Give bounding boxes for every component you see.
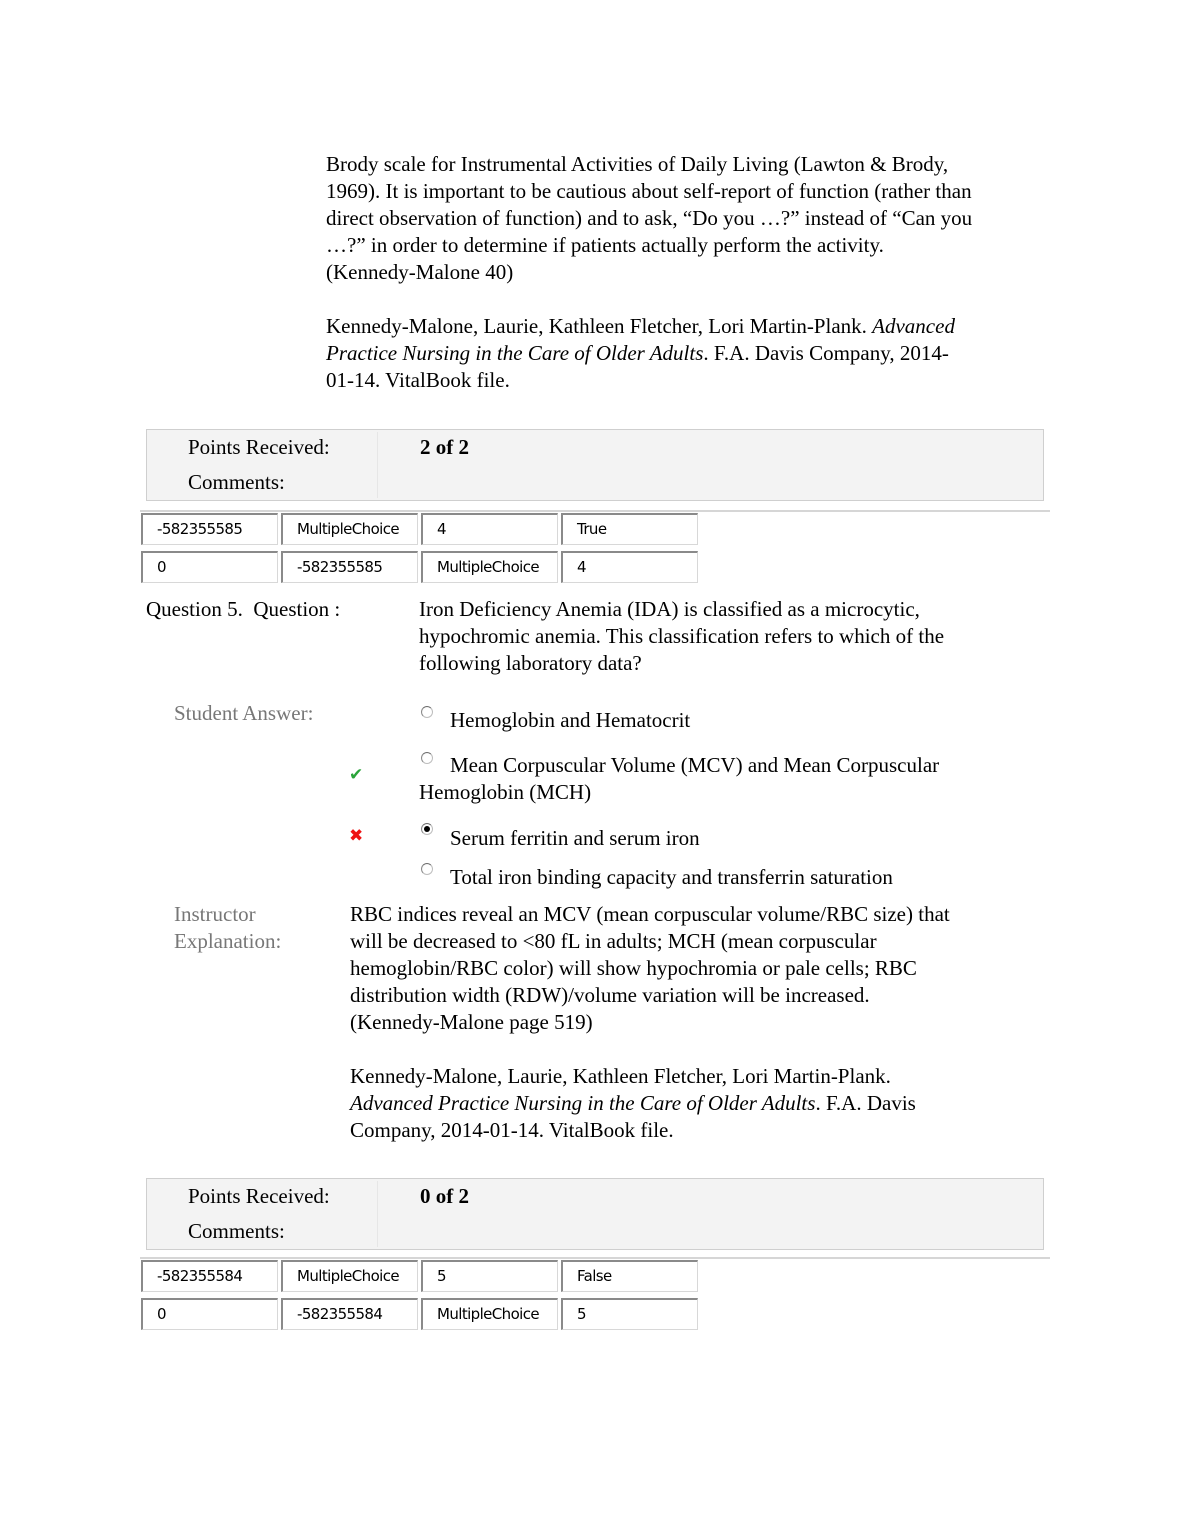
separator xyxy=(140,1257,1050,1259)
comments-label: Comments: xyxy=(188,1219,285,1244)
explanation-line: Brody scale for Instrumental Activities … xyxy=(326,151,1066,178)
table-cell[interactable]: MultipleChoice xyxy=(281,513,418,545)
citation-publisher: . F.A. Davis xyxy=(815,1091,915,1115)
explanation-line: (Kennedy-Malone page 519) xyxy=(350,1009,1050,1036)
citation-line: Advanced Practice Nursing in the Care of… xyxy=(350,1090,1050,1117)
option-text: Mean Corpuscular Volume (MCV) and Mean C… xyxy=(450,752,939,779)
table-cell[interactable]: -582355585 xyxy=(141,513,278,545)
question-label: Question : xyxy=(253,597,340,621)
citation-line: Practice Nursing in the Care of Older Ad… xyxy=(326,340,1066,367)
explanation-line: …?” in order to determine if patients ac… xyxy=(326,232,1066,259)
option-text: Hemoglobin (MCH) xyxy=(419,779,591,806)
radio-option-2[interactable] xyxy=(421,752,433,764)
previous-explanation: Brody scale for Instrumental Activities … xyxy=(326,151,1066,394)
citation-line: Kennedy-Malone, Laurie, Kathleen Fletche… xyxy=(326,313,1066,340)
option-text: Total iron binding capacity and transfer… xyxy=(450,864,893,891)
table-cell[interactable]: -582355585 xyxy=(281,551,418,583)
table-cell[interactable]: MultipleChoice xyxy=(281,1260,418,1292)
table-cell[interactable]: 5 xyxy=(561,1298,698,1330)
explanation-line: hemoglobin/RBC color) will show hypochro… xyxy=(350,955,1050,982)
table-cell[interactable]: 5 xyxy=(421,1260,558,1292)
question-text: Iron Deficiency Anemia (IDA) is classifi… xyxy=(419,596,1039,677)
citation-publisher: . F.A. Davis Company, 2014- xyxy=(703,341,948,365)
incorrect-x-icon: ✖ xyxy=(349,826,363,846)
points-received-label: Points Received: xyxy=(188,435,330,460)
table-cell[interactable]: True xyxy=(561,513,698,545)
citation-title: Advanced xyxy=(872,314,955,338)
instructor-explanation: RBC indices reveal an MCV (mean corpuscu… xyxy=(350,901,1050,1144)
explanation-line: (Kennedy-Malone 40) xyxy=(326,259,1066,286)
instructor-explanation-label: Instructor Explanation: xyxy=(174,901,281,955)
table-cell[interactable]: 0 xyxy=(141,1298,278,1330)
table-cell[interactable]: MultipleChoice xyxy=(421,1298,558,1330)
question-number: Question 5. Question : xyxy=(146,596,340,623)
table-cell[interactable]: MultipleChoice xyxy=(421,551,558,583)
question-line: following laboratory data? xyxy=(419,650,1039,677)
comments-label: Comments: xyxy=(188,470,285,495)
question-number-label: Question 5. xyxy=(146,597,243,621)
divider xyxy=(377,1181,378,1247)
explanation-line: direct observation of function) and to a… xyxy=(326,205,1066,232)
label-line: Instructor xyxy=(174,901,281,928)
table-cell[interactable]: -582355584 xyxy=(141,1260,278,1292)
points-received-box: Points Received: 2 of 2 Comments: xyxy=(146,429,1044,501)
question-line: Iron Deficiency Anemia (IDA) is classifi… xyxy=(419,596,1039,623)
divider xyxy=(377,432,378,498)
radio-option-3-selected[interactable] xyxy=(421,823,433,835)
citation-line: Company, 2014-01-14. VitalBook file. xyxy=(350,1117,1050,1144)
label-line: Explanation: xyxy=(174,928,281,955)
explanation-line: will be decreased to <80 fL in adults; M… xyxy=(350,928,1050,955)
separator xyxy=(140,510,1050,512)
citation-line: 01-14. VitalBook file. xyxy=(326,367,1066,394)
option-text: Serum ferritin and serum iron xyxy=(450,825,700,852)
table-cell[interactable]: 4 xyxy=(561,551,698,583)
table-cell[interactable]: False xyxy=(561,1260,698,1292)
correct-check-icon: ✔ xyxy=(349,765,363,785)
points-received-value: 0 of 2 xyxy=(420,1184,469,1209)
radio-option-1[interactable] xyxy=(421,706,433,718)
explanation-line: RBC indices reveal an MCV (mean corpuscu… xyxy=(350,901,1050,928)
citation-title: Practice Nursing in the Care of Older Ad… xyxy=(326,341,703,365)
student-answer-label: Student Answer: xyxy=(174,700,313,727)
table-cell[interactable]: 0 xyxy=(141,551,278,583)
question-line: hypochromic anemia. This classification … xyxy=(419,623,1039,650)
explanation-line: distribution width (RDW)/volume variatio… xyxy=(350,982,1050,1009)
citation-authors: Kennedy-Malone, Laurie, Kathleen Fletche… xyxy=(326,314,872,338)
option-text: Hemoglobin and Hematocrit xyxy=(450,707,690,734)
points-received-label: Points Received: xyxy=(188,1184,330,1209)
table-cell[interactable]: -582355584 xyxy=(281,1298,418,1330)
citation-title: Advanced Practice Nursing in the Care of… xyxy=(350,1091,815,1115)
points-received-value: 2 of 2 xyxy=(420,435,469,460)
citation-line: Kennedy-Malone, Laurie, Kathleen Fletche… xyxy=(350,1063,1050,1090)
points-received-box: Points Received: 0 of 2 Comments: xyxy=(146,1178,1044,1250)
table-cell[interactable]: 4 xyxy=(421,513,558,545)
radio-option-4[interactable] xyxy=(421,863,433,875)
explanation-line: 1969). It is important to be cautious ab… xyxy=(326,178,1066,205)
